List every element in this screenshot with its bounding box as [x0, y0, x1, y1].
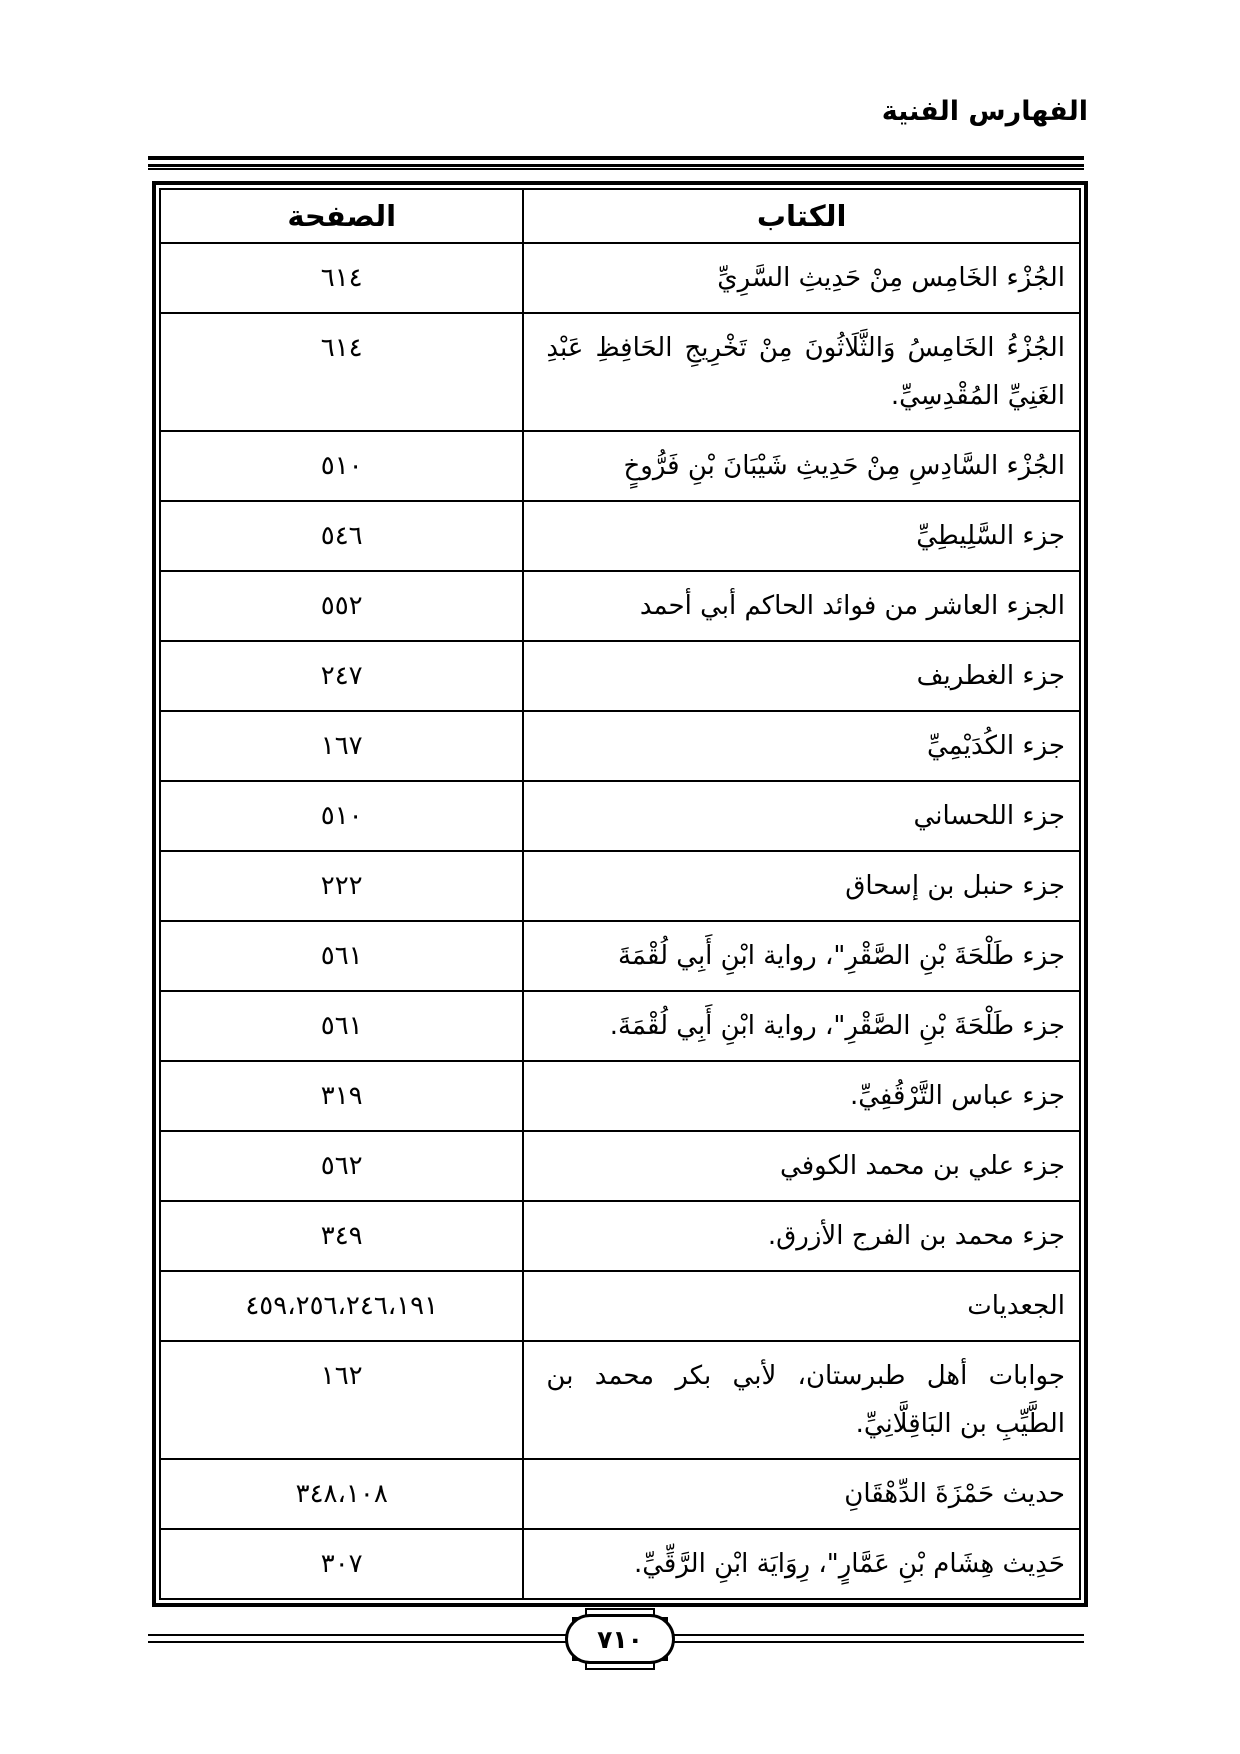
page-number-cell: ٢٤٧ [160, 641, 523, 711]
page-title: الفهارس الفنية [882, 96, 1088, 127]
book-title-cell: جزء اللحساني [523, 781, 1080, 851]
table-row: جزء طَلْحَةَ بْنِ الصَّقْرِ"، رواية ابْن… [160, 991, 1080, 1061]
page-number-cell: ٥٥٢ [160, 571, 523, 641]
page-number-cell: ١٦٢ [160, 1341, 523, 1459]
table-row: جزء الغطريف٢٤٧ [160, 641, 1080, 711]
table-row: الجزء العاشر من فوائد الحاكم أبي أحمد٥٥٢ [160, 571, 1080, 641]
page-number-cell: ٤٥٩،٢٥٦،٢٤٦،١٩١ [160, 1271, 523, 1341]
table-row: الجعديات٤٥٩،٢٥٦،٢٤٦،١٩١ [160, 1271, 1080, 1341]
index-table: الكتاب الصفحة الجُزْء الخَامِس مِنْ حَدِ… [159, 188, 1081, 1600]
page-number-cell: ١٦٧ [160, 711, 523, 781]
table-row: الجُزْء السَّادِسِ مِنْ حَدِيثِ شَيْبَان… [160, 431, 1080, 501]
book-title-cell: جزء الغطريف [523, 641, 1080, 711]
book-page: { "header": { "title": "الفهارس الفنية" … [0, 0, 1240, 1754]
table-row: الجُزْءُ الخَامِسُ وَالثَّلَاثُونَ مِنْ … [160, 313, 1080, 431]
book-title-cell: الجُزْءُ الخَامِسُ وَالثَّلَاثُونَ مِنْ … [523, 313, 1080, 431]
book-title-cell: جزء الكُدَيْمِيِّ [523, 711, 1080, 781]
book-title-cell: جوابات أهل طبرستان، لأبي بكر محمد بن الط… [523, 1341, 1080, 1459]
table-row: حَدِيث هِشَام بْنِ عَمَّارٍ"، رِوَايَة ا… [160, 1529, 1080, 1599]
table-row: جزء عباس التَّرْقُفِيِّ.٣١٩ [160, 1061, 1080, 1131]
page-number-cell: ٣٠٧ [160, 1529, 523, 1599]
book-title-cell: جزء محمد بن الفرج الأزرق. [523, 1201, 1080, 1271]
page-number-cell: ٥٦٢ [160, 1131, 523, 1201]
table-row: الجُزْء الخَامِس مِنْ حَدِيثِ السَّرِيِّ… [160, 243, 1080, 313]
page-number-cell: ٢٢٢ [160, 851, 523, 921]
page-number-cell: ٥٤٦ [160, 501, 523, 571]
column-header-page: الصفحة [160, 189, 523, 243]
folio-cartouche: ٧١٠ [572, 1608, 668, 1670]
book-title-cell: جزء طَلْحَةَ بْنِ الصَّقْرِ"، رواية ابْن… [523, 921, 1080, 991]
index-table-frame: الكتاب الصفحة الجُزْء الخَامِس مِنْ حَدِ… [152, 181, 1088, 1607]
table-row: جوابات أهل طبرستان، لأبي بكر محمد بن الط… [160, 1341, 1080, 1459]
page-number-cell: ٦١٤ [160, 243, 523, 313]
page-number-cell: ٥١٠ [160, 781, 523, 851]
page-number-cell: ٥٦١ [160, 991, 523, 1061]
book-title-cell: الجزء العاشر من فوائد الحاكم أبي أحمد [523, 571, 1080, 641]
table-row: جزء السَّلِيطِيِّ٥٤٦ [160, 501, 1080, 571]
column-header-book: الكتاب [523, 189, 1080, 243]
page-number-cell: ٣٤٨،١٠٨ [160, 1459, 523, 1529]
page-number-cell: ٣٤٩ [160, 1201, 523, 1271]
book-title-cell: الجُزْء السَّادِسِ مِنْ حَدِيثِ شَيْبَان… [523, 431, 1080, 501]
table-row: جزء الكُدَيْمِيِّ١٦٧ [160, 711, 1080, 781]
book-title-cell: الجعديات [523, 1271, 1080, 1341]
book-title-cell: حديث حَمْزَةَ الدِّهْقَانِ [523, 1459, 1080, 1529]
table-header-row: الكتاب الصفحة [160, 189, 1080, 243]
page-number-cell: ٣١٩ [160, 1061, 523, 1131]
table-row: جزء حنبل بن إسحاق٢٢٢ [160, 851, 1080, 921]
index-table-body: الجُزْء الخَامِس مِنْ حَدِيثِ السَّرِيِّ… [160, 243, 1080, 1599]
folio-number: ٧١٠ [597, 1625, 643, 1654]
book-title-cell: الجُزْء الخَامِس مِنْ حَدِيثِ السَّرِيِّ [523, 243, 1080, 313]
table-row: جزء محمد بن الفرج الأزرق.٣٤٩ [160, 1201, 1080, 1271]
book-title-cell: جزء حنبل بن إسحاق [523, 851, 1080, 921]
book-title-cell: جزء عباس التَّرْقُفِيِّ. [523, 1061, 1080, 1131]
table-row: جزء علي بن محمد الكوفي٥٦٢ [160, 1131, 1080, 1201]
page-number-cell: ٦١٤ [160, 313, 523, 431]
table-row: حديث حَمْزَةَ الدِّهْقَانِ٣٤٨،١٠٨ [160, 1459, 1080, 1529]
book-title-cell: حَدِيث هِشَام بْنِ عَمَّارٍ"، رِوَايَة ا… [523, 1529, 1080, 1599]
book-title-cell: جزء السَّلِيطِيِّ [523, 501, 1080, 571]
book-title-cell: جزء علي بن محمد الكوفي [523, 1131, 1080, 1201]
table-row: جزء اللحساني٥١٠ [160, 781, 1080, 851]
page-number-cell: ٥٦١ [160, 921, 523, 991]
book-title-cell: جزء طَلْحَةَ بْنِ الصَّقْرِ"، رواية ابْن… [523, 991, 1080, 1061]
table-row: جزء طَلْحَةَ بْنِ الصَّقْرِ"، رواية ابْن… [160, 921, 1080, 991]
folio-number-pill: ٧١٠ [565, 1614, 675, 1664]
page-number-cell: ٥١٠ [160, 431, 523, 501]
header-rule [148, 156, 1084, 167]
